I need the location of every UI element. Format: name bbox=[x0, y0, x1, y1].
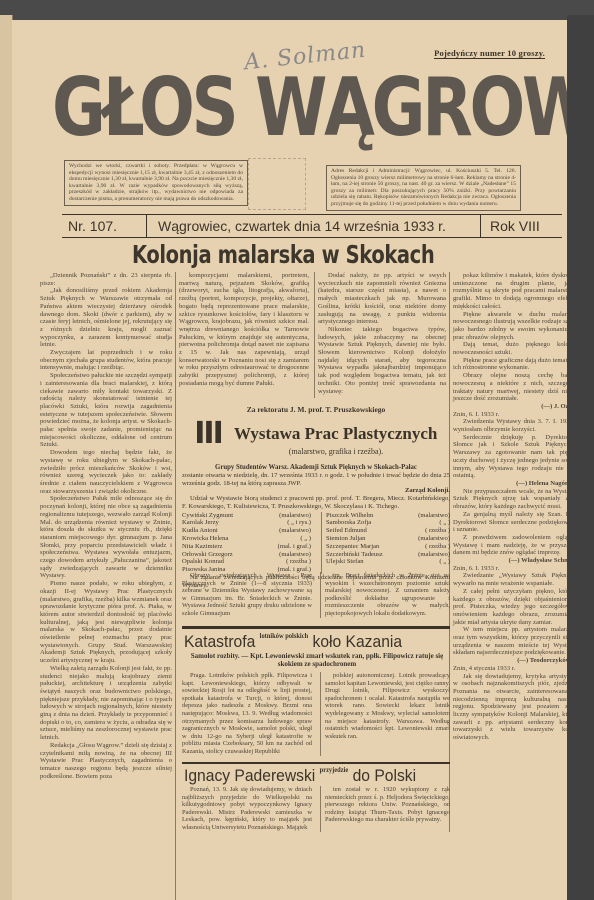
scan-background bbox=[567, 15, 594, 900]
news-headline-paderewski: Ignacy Paderewski przyjedzie do Polski bbox=[184, 766, 416, 786]
column-rule bbox=[175, 272, 176, 900]
dateline-divider bbox=[146, 215, 147, 237]
artist-row: Opalski Konrad( rzeźba ) bbox=[182, 558, 311, 566]
artist-row: Ulejski Stefan( „ ) bbox=[326, 558, 450, 566]
artist-row: Nita Kazimierz(mal. i graf.) bbox=[182, 543, 311, 551]
paragraph: Redakcja „Głosu Wągrow.” dzieli się dzis… bbox=[40, 742, 172, 781]
paragraph: Dodać należy, że pp. artyści w swych wyc… bbox=[318, 272, 446, 326]
paragraph: Obrazy olejne noszą cechę bardzo nowocze… bbox=[453, 372, 567, 403]
editorial-info-box: Adres Redakcji i Administracji: Wągrowie… bbox=[326, 165, 521, 211]
paragraph: W tem miejscu pp. artystom malarzom, ora… bbox=[453, 626, 567, 657]
artist-row: Samborska Zofja( „ ) bbox=[326, 519, 450, 527]
paragraph: polskiej autonomicznej. Lotnik prowadząc… bbox=[320, 672, 450, 756]
roman-numeral: III bbox=[182, 416, 234, 451]
news-subhead-kazan: Samolot rozbity. — Kpt. Lewoniewski zmar… bbox=[184, 652, 450, 668]
exhibition-invite-sign: Zarząd Kolonji. bbox=[182, 487, 450, 495]
main-headline: Kolonja malarska w Skokach bbox=[132, 240, 434, 269]
paragraph: Piękne akwarele w duchu malarstwa nowocz… bbox=[453, 311, 567, 342]
exhibition-genres: (malarstwo, grafika i rzeźba). bbox=[222, 447, 450, 456]
paragraph: Dają temat, dużo pięknego koloryta nowoc… bbox=[453, 341, 567, 356]
signature-ozdol: (—) J. Ozdol. bbox=[453, 403, 567, 411]
paragraph: „Jak donosiliśmy przed rokiem Akademja S… bbox=[40, 287, 172, 349]
column-rule bbox=[314, 272, 315, 398]
paragraph: Zwiedzanie „Wystawy Sztuk Pięknych” wywa… bbox=[453, 572, 567, 587]
artist-row: Orłowski Grzegorz(malarstwo) bbox=[182, 551, 311, 559]
volume-year: Rok VIII bbox=[490, 215, 540, 237]
news-columns-kazan: Praga. Lotników polskich ppłk. Filipowic… bbox=[182, 672, 450, 756]
artist-row: Stemion Juljan(malarstwo) bbox=[326, 535, 450, 543]
paragraph: im. Braci Śniadeckich w Żninie, stoi na … bbox=[320, 572, 450, 618]
exhibition-participants: Udział w Wystawie biorą studenci z praco… bbox=[182, 495, 450, 510]
exhibition-subcolumns: Obrazy zwiedzających Wystawę Prac Plasty… bbox=[182, 572, 450, 618]
paragraph: pokaz kilimów i makatek, które dyskretni… bbox=[453, 272, 567, 311]
article-column-2: kompozycjami malarskiemi, portretem, mar… bbox=[179, 272, 309, 388]
exhibition-announcement: Za rektoratu J. M. prof. T. Pruszkowskie… bbox=[182, 405, 450, 589]
signature-teodorczykowna: (—) Teodorczykówna. bbox=[453, 657, 567, 665]
date-line: Znin, 6. I. 1933 r. bbox=[453, 565, 567, 573]
paragraph: „Dziennik Poznański” z dn. 23 sierpnia r… bbox=[40, 272, 172, 287]
artist-row: Karolak Jerzy( „ i rys.) bbox=[182, 519, 311, 527]
paragraph: Z prawdziwem zadowoleniem oglądam Wystaw… bbox=[453, 534, 567, 557]
paragraph: Wielką zaletą zarządu Kolonji jest fakt,… bbox=[40, 665, 172, 742]
artist-row: Cywiński Zygmunt(malarstwo) bbox=[182, 512, 311, 520]
dateline-bar: Nr. 107. Wągrowiec, czwartek dnia 14 wrz… bbox=[62, 214, 562, 238]
paragraph: Piękne prace graficzne dają dużo tematów… bbox=[453, 357, 567, 372]
news-columns-paderewski: Poznań, 13. 9. Jak się dowiadujemy, w dn… bbox=[182, 786, 450, 832]
artist-row: Szczerbiński Tadeusz(malarstwo) bbox=[326, 551, 450, 559]
signature-nagorska: (—) Helena Nagórska. bbox=[453, 480, 567, 488]
issue-number: Nr. 107. bbox=[68, 215, 117, 237]
paragraph: Zwiedzenia Wystawy dnia 3. 7. I. 1933 r.… bbox=[453, 418, 567, 433]
paragraph: kompozycjami malarskiemi, portretem, mar… bbox=[179, 272, 309, 388]
subscription-info-box: Wychodzi we wtorki, czwartki i soboty. P… bbox=[64, 160, 248, 206]
exhibition-patron: Za rektoratu J. M. prof. T. Pruszkowskie… bbox=[182, 405, 450, 414]
artist-row: Krowicka Helena( „ ) bbox=[182, 535, 311, 543]
paragraph: Pismo nasze podało, w roku ubiegłym, z o… bbox=[40, 580, 172, 665]
artist-row: Szczepaniec Marjan( rzeźba ) bbox=[326, 543, 450, 551]
exhibition-group: Grupy Studentów Warsz. Akademji Sztuk Pi… bbox=[182, 464, 450, 472]
date-line: Znin, 6. I. 1933 r. bbox=[453, 411, 567, 419]
news-headline-kazan: Katastrofa lotników polskich koło Kazani… bbox=[184, 632, 402, 652]
article-column-4: pokaz kilimów i makatek, które dyskretni… bbox=[453, 272, 567, 742]
coat-of-arms-icon bbox=[248, 158, 306, 210]
artist-row: Piszczek Wilhelm(malarstwo) bbox=[326, 512, 450, 520]
section-rule bbox=[182, 626, 450, 629]
paragraph: Społeczeństwo pałuckie nie szczędzi symp… bbox=[40, 372, 172, 449]
dateline-divider bbox=[480, 215, 481, 237]
date-line: Znin, 4 stycznia 1933 r. bbox=[453, 665, 567, 673]
paragraph: Jak się dowiadujemy, krytyka artystyczna… bbox=[453, 673, 567, 742]
artist-row: Kudła Antoni(malarstwo) bbox=[182, 527, 311, 535]
paragraph: Nie przypuszczałem wcale, że na Wystawie… bbox=[453, 488, 567, 511]
paragraph: Serdecznie dziękuję p. Dyrektorowi Słomc… bbox=[453, 434, 567, 480]
section-rule bbox=[182, 762, 450, 764]
exhibition-opening: zostanie otwarta w niedzielę, dn. 17 wrz… bbox=[182, 472, 450, 487]
price-note: Pojedyńczy numer 10 groszy. bbox=[434, 48, 545, 59]
paragraph: Nikoniec takiego bogactwa typów, ludowyc… bbox=[318, 326, 446, 395]
newspaper-page: A. Solman Pojedyńczy numer 10 groszy. GŁ… bbox=[12, 20, 567, 900]
paragraph: Z całej pełni użyczyłam piękno, które z … bbox=[453, 588, 567, 627]
masthead-title: GŁOS WĄGROWIECKI bbox=[52, 60, 454, 156]
artist-list: Cywiński Zygmunt(malarstwo) Karolak Jerz… bbox=[182, 512, 450, 574]
paragraph: Za genjalną myśl należy się Szan. Panu D… bbox=[453, 511, 567, 534]
artist-row: Seifed Edmund( rzeźba ) bbox=[326, 527, 450, 535]
paragraph: Praga. Lotników polskich ppłk. Filipowic… bbox=[182, 672, 312, 756]
exhibition-title: Wystawa Prac Plastycznych bbox=[234, 424, 437, 444]
paragraph: ten został w r. 1920 wykupiony z rąk nie… bbox=[320, 786, 450, 832]
article-column-3: Dodać należy, że pp. artyści w swych wyc… bbox=[318, 272, 446, 395]
paragraph: Dowodem tego niechaj będzie fakt, że wys… bbox=[40, 449, 172, 495]
paragraph: Zwyczajem lat poprzednich i w roku obecn… bbox=[40, 349, 172, 372]
paragraph: Społeczeństwo Pałuk mile odnoszące się d… bbox=[40, 495, 172, 580]
paragraph: Poznań, 13. 9. Jak się dowiadujemy, w dn… bbox=[182, 786, 312, 832]
paragraph: Obrazy zwiedzających Wystawę Prac Plasty… bbox=[182, 572, 312, 618]
place-date: Wągrowiec, czwartek dnia 14 września 193… bbox=[158, 215, 446, 237]
article-column-1: „Dziennik Poznański” z dn. 23 sierpnia r… bbox=[40, 272, 172, 780]
signature-schmidt: (—) Władysław Schmidt. bbox=[453, 557, 567, 565]
